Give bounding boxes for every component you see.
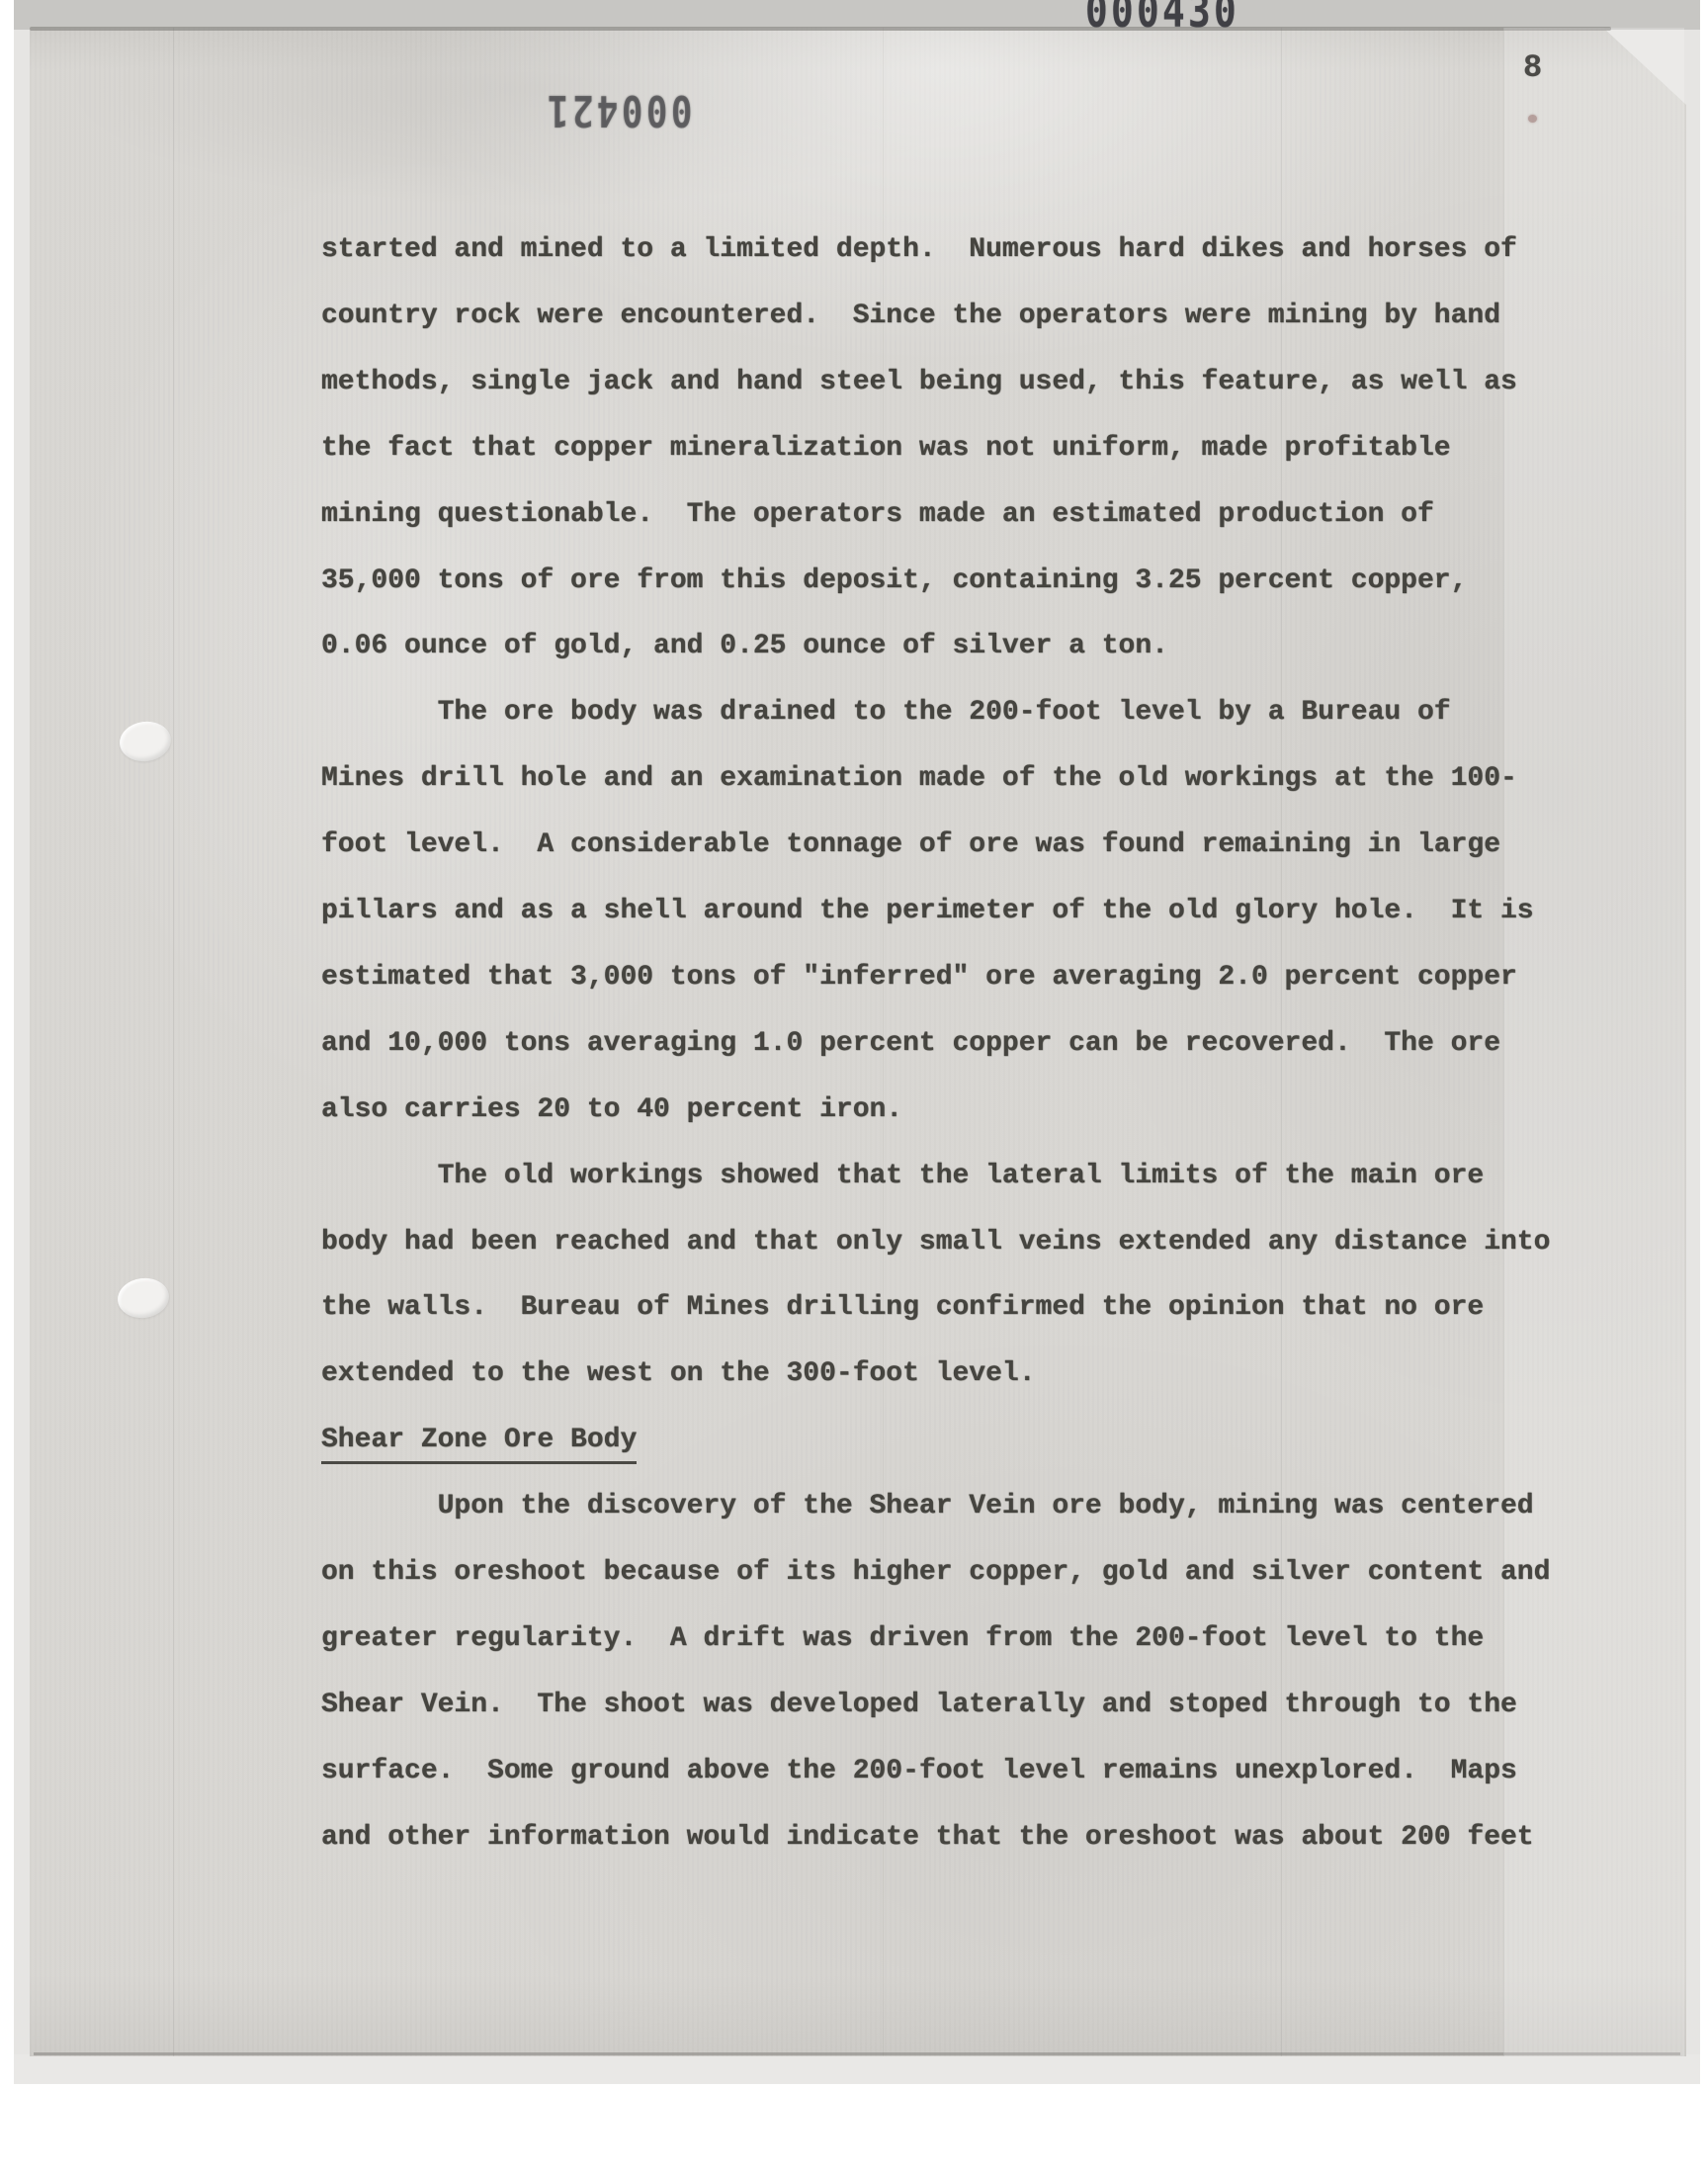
right-margin-lighter-band (1503, 28, 1684, 2056)
scan-top-strip (14, 0, 1700, 30)
scan-bottom-strip (14, 2054, 1700, 2084)
text-line: extended to the west on the 300-foot lev… (321, 1360, 1036, 1388)
scanned-document-page: 000430 000421 8 started and mined to a l… (0, 0, 1708, 2175)
text-line: Shear Vein. The shoot was developed late… (321, 1692, 1517, 1719)
text-line: methods, single jack and hand steel bein… (321, 369, 1517, 396)
text-line: on this oreshoot because of its higher c… (321, 1559, 1550, 1587)
scan-crease-line (173, 28, 174, 2056)
text-line: the fact that copper mineralization was … (321, 435, 1451, 463)
ink-speck (1528, 115, 1537, 123)
text-line: and other information would indicate tha… (321, 1824, 1534, 1852)
text-line: Upon the discovery of the Shear Vein ore… (321, 1493, 1534, 1521)
text-line: and 10,000 tons averaging 1.0 percent co… (321, 1030, 1500, 1058)
text-line: greater regularity. A drift was driven f… (321, 1625, 1484, 1653)
section-heading: Shear Zone Ore Body (321, 1427, 637, 1454)
text-line: estimated that 3,000 tons of "inferred" … (321, 964, 1517, 992)
text-line: pillars and as a shell around the perime… (321, 898, 1534, 925)
text-line: mining questionable. The operators made … (321, 501, 1434, 529)
text-line: country rock were encountered. Since the… (321, 303, 1500, 330)
text-line: surface. Some ground above the 200-foot … (321, 1758, 1517, 1785)
text-line: The old workings showed that the lateral… (321, 1163, 1484, 1190)
text-line: foot level. A considerable tonnage of or… (321, 831, 1500, 859)
paper-bottom-edge (34, 2052, 1680, 2055)
text-line: started and mined to a limited depth. Nu… (321, 236, 1517, 264)
text-line: The ore body was drained to the 200-foot… (321, 699, 1451, 727)
text-line: also carries 20 to 40 percent iron. (321, 1096, 902, 1124)
page-number: 8 (1523, 49, 1542, 86)
text-line: Mines drill hole and an examination made… (321, 765, 1517, 793)
text-line: body had been reached and that only smal… (321, 1229, 1550, 1257)
text-line: 0.06 ounce of gold, and 0.25 ounce of si… (321, 633, 1168, 660)
stamp-number-upside-down: 000421 (544, 85, 692, 135)
text-line: 35,000 tons of ore from this deposit, co… (321, 567, 1467, 595)
stamp-number-top: 000430 (1085, 0, 1239, 38)
paper-top-edge (30, 27, 1611, 31)
text-line: the walls. Bureau of Mines drilling conf… (321, 1294, 1484, 1322)
